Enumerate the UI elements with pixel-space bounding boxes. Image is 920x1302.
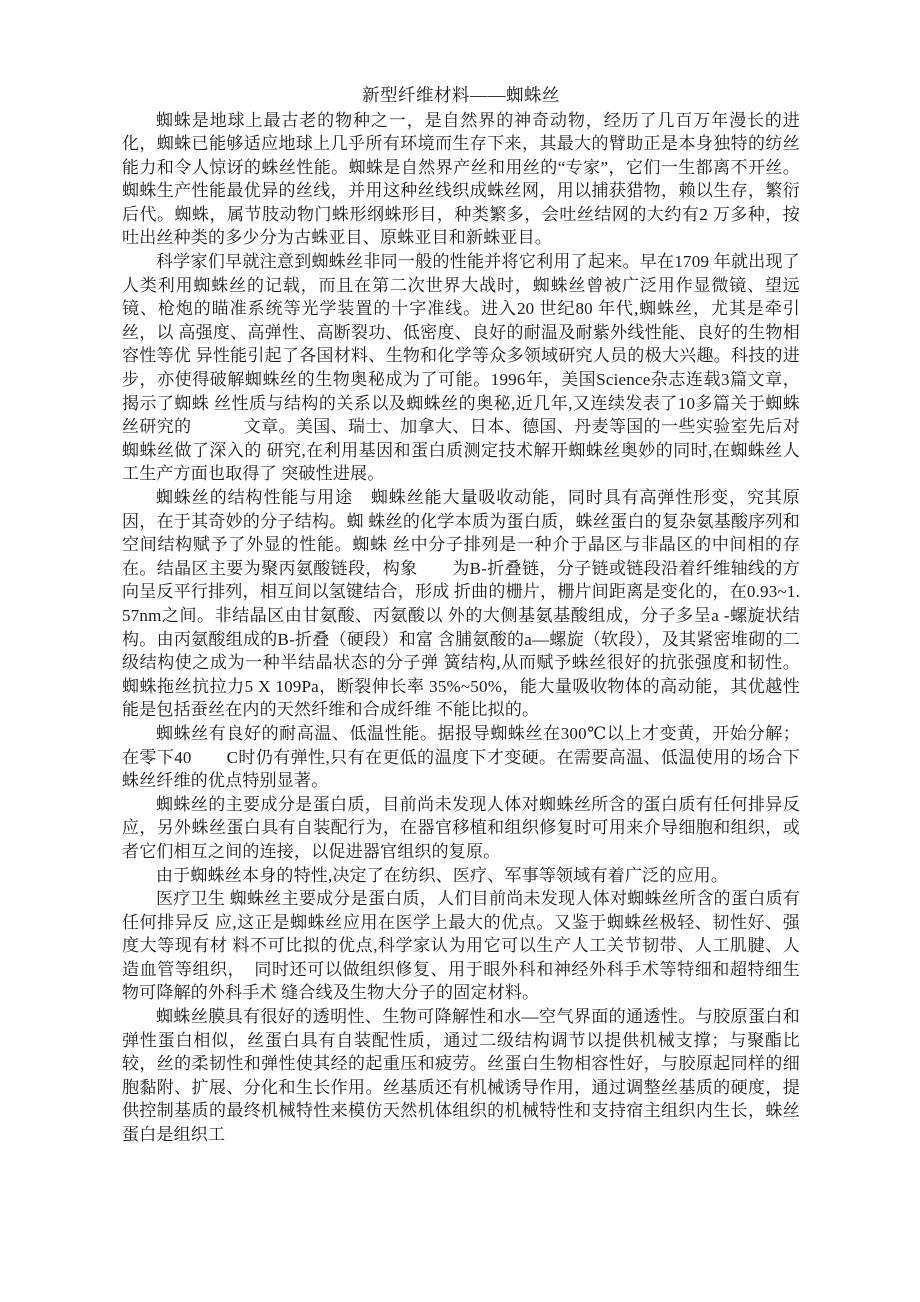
paragraph: 由于蜘蛛丝本身的特性,决定了在纺织、医疗、军事等领域有着广泛的应用。 <box>122 864 800 888</box>
paragraph: 科学家们早就注意到蜘蛛丝非同一般的性能并将它利用了起来。早在1709 年就出现了… <box>122 250 800 486</box>
document-content: 新型纤维材料——蜘蛛丝 蜘蛛是地球上最古老的物种之一，是自然界的神奇动物，经历了… <box>122 84 800 1147</box>
paragraph-list: 蜘蛛是地球上最古老的物种之一，是自然界的神奇动物，经历了几百万年漫长的进化，蜘蛛… <box>122 109 800 1147</box>
paragraph: 蜘蛛是地球上最古老的物种之一，是自然界的神奇动物，经历了几百万年漫长的进化，蜘蛛… <box>122 109 800 251</box>
paragraph: 蜘蛛丝膜具有很好的透明性、生物可降解性和水—空气界面的通透性。与胶原蛋白和弹性蛋… <box>122 1005 800 1147</box>
document-title: 新型纤维材料——蜘蛛丝 <box>122 84 800 108</box>
paragraph: 蜘蛛丝的结构性能与用途 蜘蛛丝能大量吸收动能，同时具有高弹性形变，究其原因，在于… <box>122 486 800 722</box>
paragraph: 蜘蛛丝的主要成分是蛋白质，目前尚未发现人体对蜘蛛丝所含的蛋白质有任何排异反应，另… <box>122 793 800 864</box>
paragraph: 医疗卫生 蜘蛛丝主要成分是蛋白质，人们目前尚未发现人体对蜘蛛丝所含的蛋白质有任何… <box>122 887 800 1005</box>
document-page: 新型纤维材料——蜘蛛丝 蜘蛛是地球上最古老的物种之一，是自然界的神奇动物，经历了… <box>0 0 920 1302</box>
paragraph: 蜘蛛丝有良好的耐高温、低温性能。据报导蜘蛛丝在300℃以上才变黄，开始分解；在零… <box>122 722 800 793</box>
